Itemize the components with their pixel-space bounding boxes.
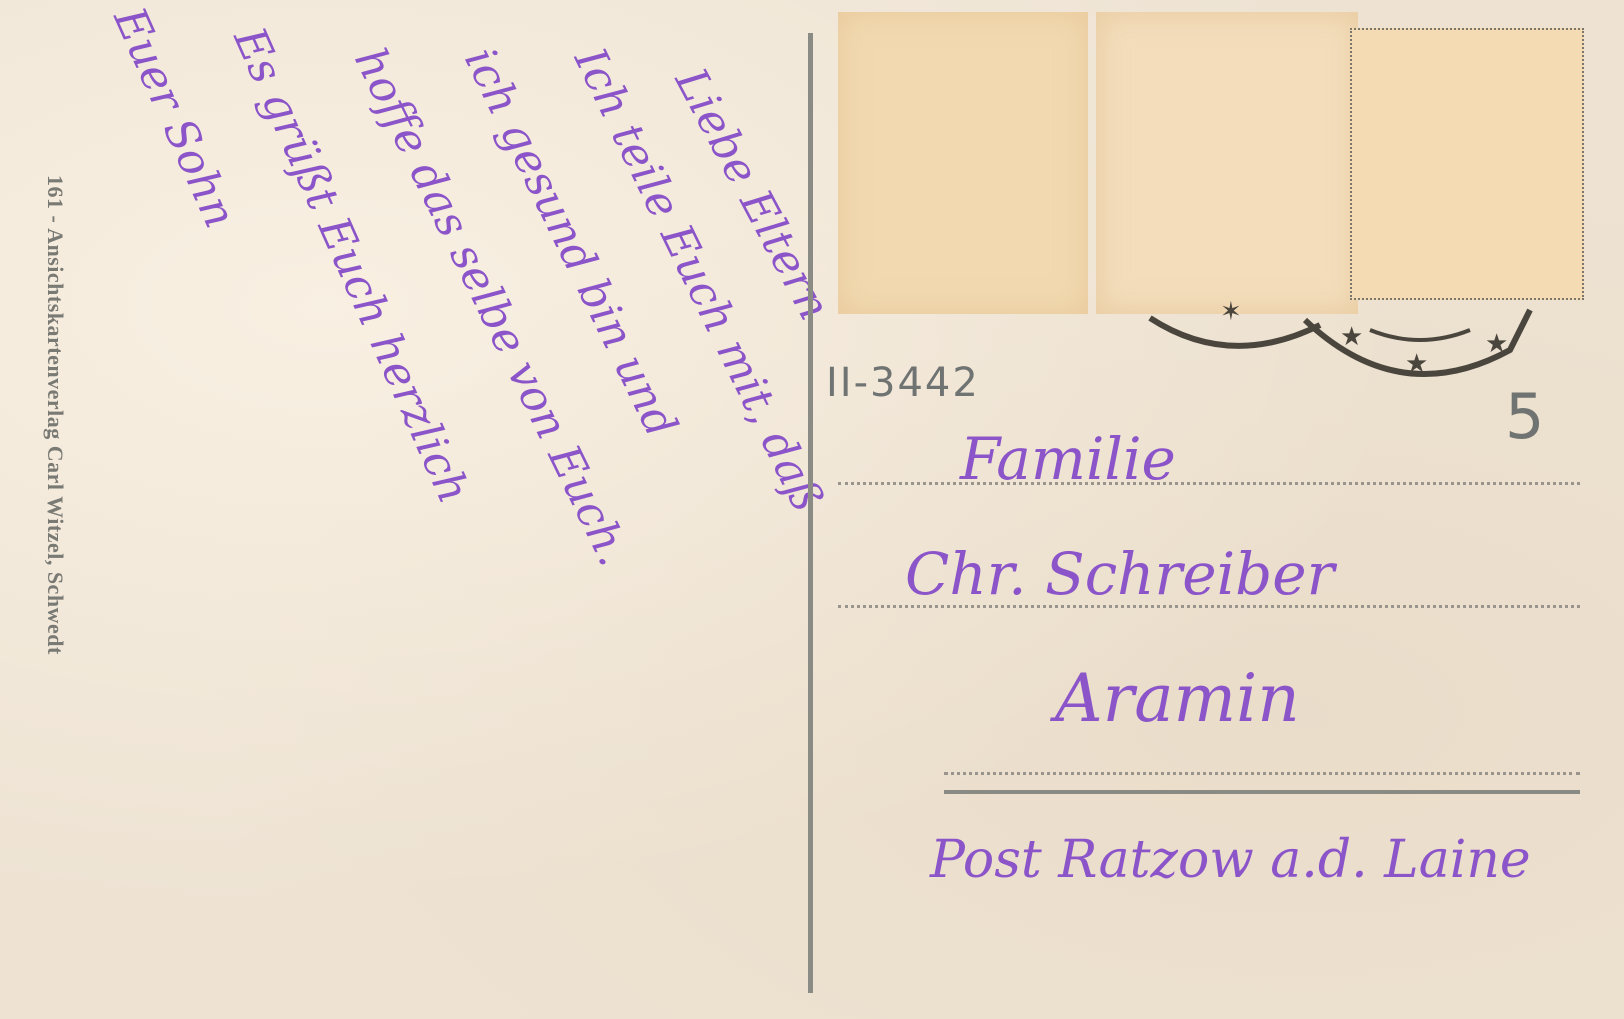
- svg-text:★: ★: [1340, 322, 1363, 351]
- message-line: Euer Sohn: [103, 0, 245, 235]
- removed-stamp-residue: [1096, 12, 1358, 314]
- address-line-rule: [944, 772, 1580, 775]
- center-divider: [808, 33, 813, 993]
- pencil-mark: 5: [1505, 380, 1544, 453]
- svg-text:★: ★: [1405, 349, 1428, 378]
- handwritten-message: Liebe Eltern Ich teile Euch mit, daß ich…: [90, 0, 790, 1019]
- address-solid-rule: [944, 790, 1580, 794]
- removed-stamp-residue: [838, 12, 1088, 314]
- address-name: Chr. Schreiber: [905, 540, 1334, 608]
- svg-text:✶: ✶: [1220, 297, 1242, 326]
- address-recipient: Familie: [960, 425, 1176, 493]
- address-town: Aramin: [1055, 660, 1300, 737]
- address-post-office: Post Ratzow a.d. Laine: [930, 830, 1531, 890]
- postcard-back: 161 - Ansichtskartenverlag Carl Witzel, …: [0, 0, 1624, 1019]
- stamp-box: [1350, 28, 1584, 300]
- publisher-imprint: 161 - Ansichtskartenverlag Carl Witzel, …: [40, 175, 68, 1015]
- message-line: Es grüßt Euch herzlich: [223, 20, 479, 511]
- svg-text:★: ★: [1485, 329, 1508, 358]
- address-line-rule: [838, 482, 1580, 485]
- inventory-number: II-3442: [826, 360, 980, 406]
